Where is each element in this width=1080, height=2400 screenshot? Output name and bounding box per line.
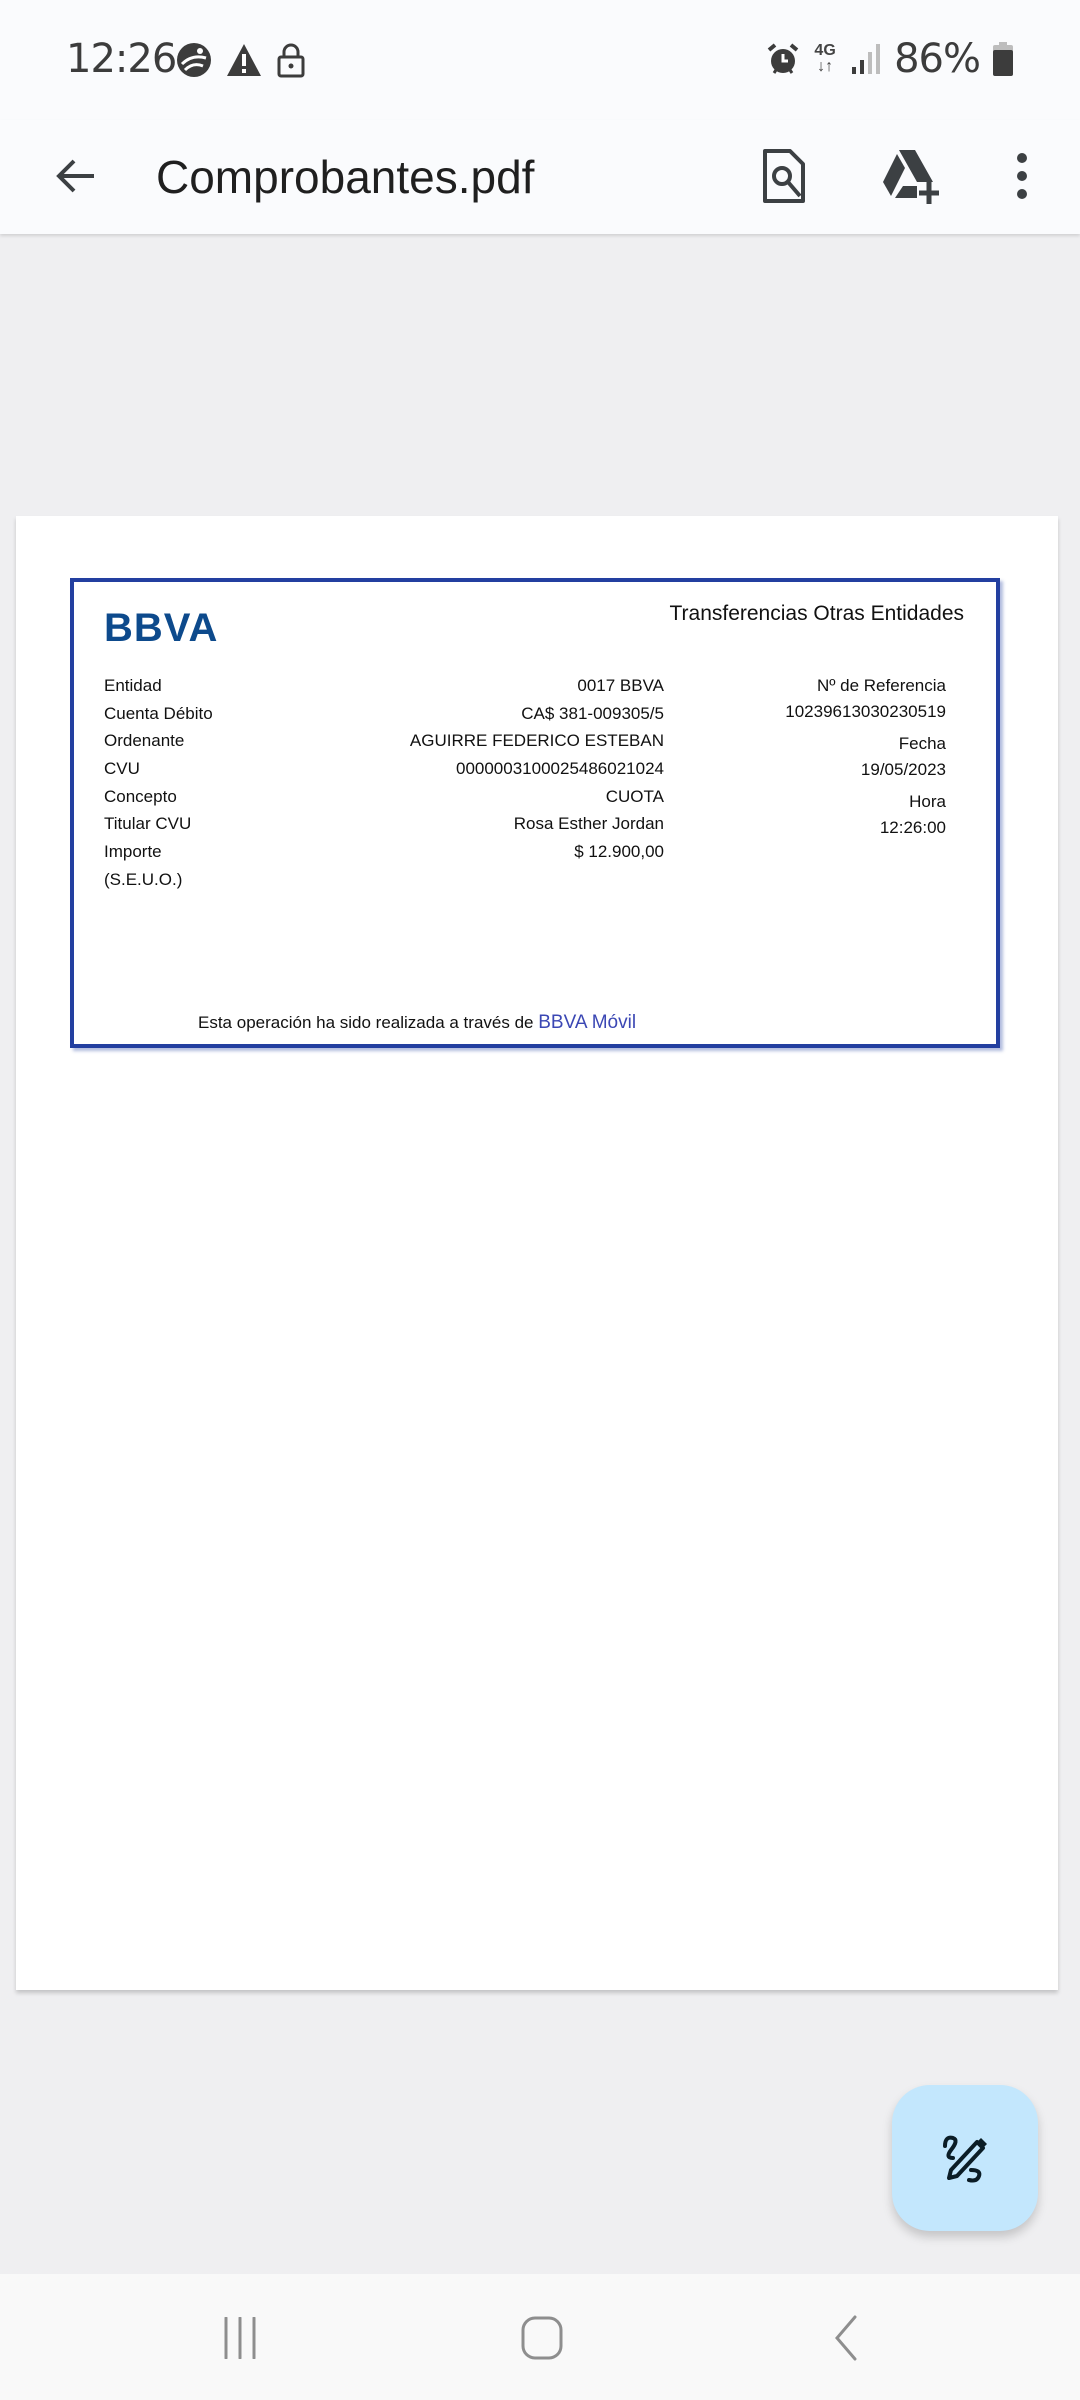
- field-row: (S.E.U.O.): [104, 870, 664, 898]
- field-row: Concepto CUOTA: [104, 787, 664, 815]
- status-time: 12:26: [66, 36, 176, 82]
- annotate-pen-icon: [939, 2132, 991, 2184]
- pdf-page[interactable]: BBVA Transferencias Otras Entidades Enti…: [16, 516, 1058, 1990]
- field-label: Concepto: [104, 787, 177, 807]
- system-back-button[interactable]: [806, 2308, 886, 2368]
- field-value: AGUIRRE FEDERICO ESTEBAN: [410, 731, 664, 751]
- alarm-icon: [766, 42, 800, 76]
- transfer-receipt: BBVA Transferencias Otras Entidades Enti…: [70, 578, 1000, 1048]
- date-label: Fecha: [706, 734, 946, 760]
- battery-icon: [992, 41, 1014, 77]
- bbva-logo: BBVA: [104, 606, 218, 651]
- drive-add-icon: [881, 148, 941, 204]
- field-row: Cuenta Débito CA$ 381-009305/5: [104, 704, 664, 732]
- network-4g-icon: 4G ↓↑: [812, 43, 838, 75]
- field-label: CVU: [104, 759, 140, 779]
- battery-percentage: 86%: [894, 36, 980, 82]
- field-label: Entidad: [104, 676, 162, 696]
- back-button[interactable]: [44, 144, 108, 208]
- field-value: Rosa Esther Jordan: [514, 814, 664, 834]
- app-notification-icon: [176, 42, 212, 78]
- system-nav-bar: [0, 2274, 1080, 2400]
- field-label: Ordenante: [104, 731, 184, 751]
- warning-icon: [226, 43, 262, 77]
- lock-icon: [276, 42, 306, 78]
- footer-text: Esta operación ha sido realizada a travé…: [198, 1013, 533, 1032]
- recent-apps-button[interactable]: [200, 2308, 280, 2368]
- more-options-button[interactable]: [1000, 142, 1044, 210]
- field-value: $ 12.900,00: [574, 842, 664, 862]
- home-icon: [520, 2315, 564, 2361]
- signal-icon: [850, 43, 882, 75]
- add-to-drive-button[interactable]: [876, 142, 946, 210]
- field-value: 0017 BBVA: [577, 676, 664, 696]
- field-value: CA$ 381-009305/5: [521, 704, 664, 724]
- field-label: Importe: [104, 842, 162, 862]
- time-label: Hora: [706, 792, 946, 818]
- find-in-document-button[interactable]: [752, 142, 816, 210]
- document-title: Comprobantes.pdf: [156, 150, 534, 204]
- time-value: 12:26:00: [706, 818, 946, 850]
- app-bar: Comprobantes.pdf: [0, 120, 1080, 234]
- arrow-back-icon: [52, 152, 100, 200]
- field-label: Cuenta Débito: [104, 704, 213, 724]
- more-vertical-icon: [1015, 152, 1029, 200]
- field-value: CUOTA: [606, 787, 664, 807]
- home-button[interactable]: [502, 2308, 582, 2368]
- field-row: Ordenante AGUIRRE FEDERICO ESTEBAN: [104, 731, 664, 759]
- field-label: (S.E.U.O.): [104, 870, 182, 890]
- date-value: 19/05/2023: [706, 760, 946, 792]
- receipt-fields: Entidad 0017 BBVA Cuenta Débito CA$ 381-…: [104, 676, 664, 898]
- field-value: 0000003100025486021024: [456, 759, 664, 779]
- footer-brand: BBVA Móvil: [538, 1012, 636, 1033]
- field-row: Importe $ 12.900,00: [104, 842, 664, 870]
- receipt-meta: Nº de Referencia 10239613030230519 Fecha…: [706, 676, 946, 850]
- reference-value: 10239613030230519: [706, 702, 946, 734]
- chevron-left-icon: [831, 2315, 861, 2361]
- field-row: Titular CVU Rosa Esther Jordan: [104, 814, 664, 842]
- receipt-title: Transferencias Otras Entidades: [669, 602, 964, 626]
- field-row: CVU 0000003100025486021024: [104, 759, 664, 787]
- field-row: Entidad 0017 BBVA: [104, 676, 664, 704]
- annotate-fab[interactable]: [892, 2085, 1038, 2231]
- recent-apps-icon: [220, 2317, 260, 2359]
- receipt-footer: Esta operación ha sido realizada a travé…: [198, 1012, 636, 1034]
- status-bar: 12:26 4G ↓↑: [0, 0, 1080, 120]
- document-search-icon: [762, 148, 806, 204]
- reference-label: Nº de Referencia: [706, 676, 946, 702]
- field-label: Titular CVU: [104, 814, 191, 834]
